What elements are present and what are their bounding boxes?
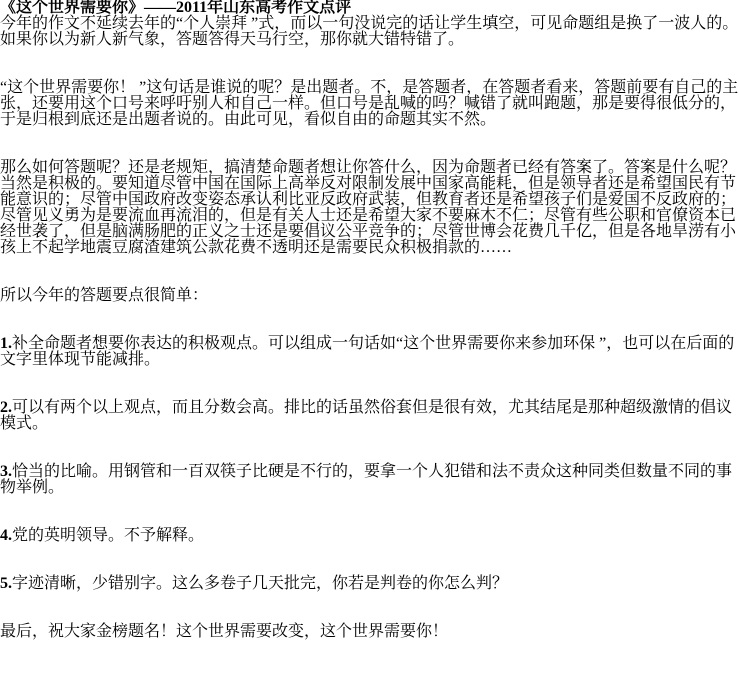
point-item-2: 2.可以有两个以上观点，而且分数会高。排比的话虽然俗套但是很有效，尤其结尾是那种… (0, 400, 739, 432)
point-item-5: 5.字迹清晰，少错别字。这么多卷子几天批完，你若是判卷的你怎么判？ (0, 576, 739, 592)
point-number-3: 3. (0, 463, 12, 480)
point-item-4: 4.党的英明领导。不予解释。 (0, 528, 739, 544)
point-item-3: 3.恰当的比喻。用钢管和一百双筷子比硬是不行的，要拿一个人犯错和法不责众这种同类… (0, 464, 739, 496)
point-number-5: 5. (0, 575, 12, 592)
point-text-5: 字迹清晰，少错别字。这么多卷子几天批完，你若是判卷的你怎么判？ (12, 575, 508, 592)
paragraph-slogan-analysis: “这个世界需要你！ ”这句话是谁说的呢？是出题者。不，是答题者，在答题者看来，答… (0, 80, 739, 128)
point-text-2: 可以有两个以上观点，而且分数会高。排比的话虽然俗套但是很有效，尤其结尾是那种超级… (0, 399, 732, 432)
paragraph-how-to-answer: 那么如何答题呢？还是老规矩，搞清楚命题者想让你答什么，因为命题者已经有答案了。答… (0, 160, 739, 256)
point-item-1: 1.补全命题者想要你表达的积极观点。可以组成一句话如“这个世界需要你来参加环保 … (0, 336, 739, 368)
essay-review-document: 《这个世界需要你》——2011年山东高考作文点评 今年的作文不延续去年的“个人崇… (0, 0, 739, 686)
point-text-3: 恰当的比喻。用钢管和一百双筷子比硬是不行的，要拿一个人犯错和法不责众这种同类但数… (0, 463, 732, 496)
points-intro: 所以今年的答题要点很简单： (0, 288, 739, 304)
point-number-4: 4. (0, 527, 12, 544)
point-number-1: 1. (0, 335, 12, 352)
point-number-2: 2. (0, 399, 12, 416)
point-text-1: 补全命题者想要你表达的积极观点。可以组成一句话如“这个世界需要你来参加环保 ”，… (0, 335, 734, 368)
paragraph-intro: 今年的作文不延续去年的“个人崇拜 ”式，而以一句没说完的话让学生填空，可见命题组… (0, 16, 739, 48)
document-title: 《这个世界需要你》——2011年山东高考作文点评 (0, 0, 739, 16)
closing-line: 最后，祝大家金榜题名！这个世界需要改变，这个世界需要你！ (0, 624, 739, 640)
point-text-4: 党的英明领导。不予解释。 (12, 527, 204, 544)
